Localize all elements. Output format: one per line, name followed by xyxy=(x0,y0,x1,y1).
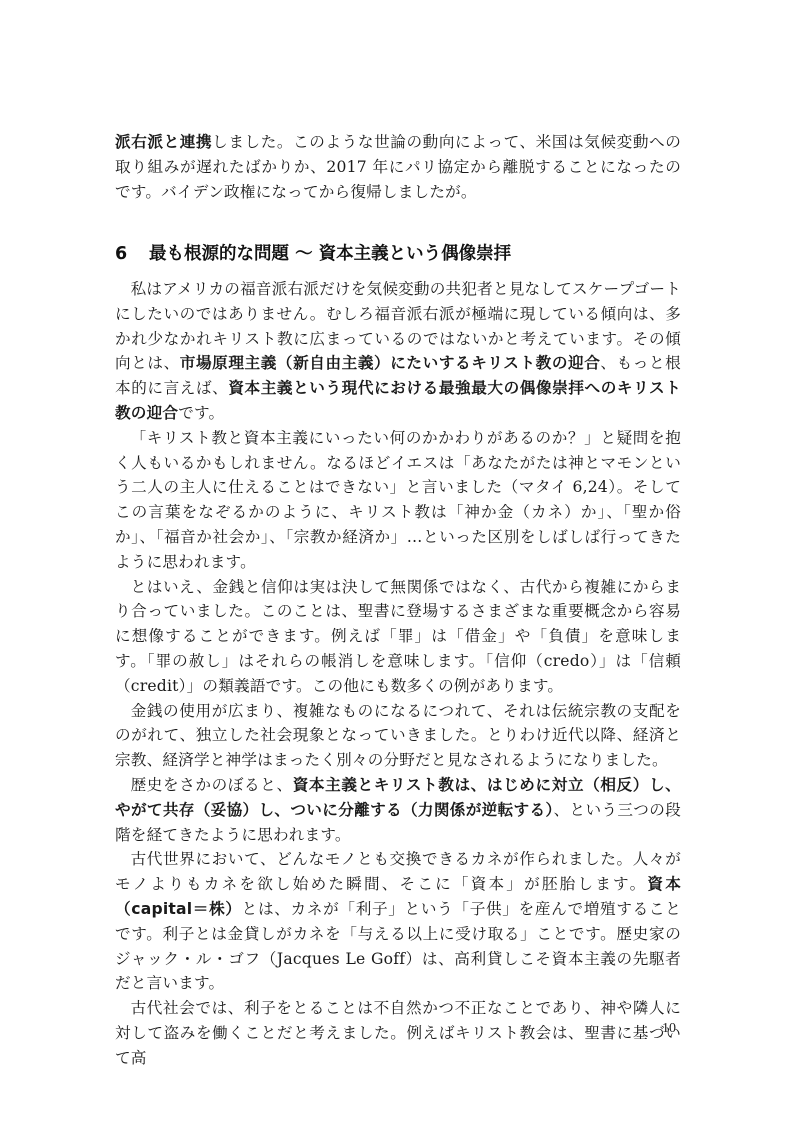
paragraph-text: 古代世界において、どんなモノとも交換できるカネが作られました。人々がモノよりもカ… xyxy=(115,850,681,893)
paragraph-1: 私はアメリカの福音派右派だけを気候変動の共犯者と見なしてスケープゴートにしたいの… xyxy=(115,277,681,426)
paragraph-5: 歴史をさかのぼると、資本主義とキリスト教は、はじめに対立（相反）し、やがて共存（… xyxy=(115,773,681,847)
section-number: 6 xyxy=(115,240,149,268)
paragraph-text: 歴史をさかのぼると、 xyxy=(131,776,293,794)
paragraph-text: です。 xyxy=(178,404,224,422)
bold-phrase: 派右派と連携 xyxy=(115,133,212,151)
section-heading: 6最も根源的な問題 〜 資本主義という偶像崇拝 xyxy=(115,240,681,268)
page-number: 10 xyxy=(662,1021,676,1037)
document-page: 派右派と連携しました。このような世論の動向によって、米国は気候変動への取り組みが… xyxy=(0,0,794,1123)
section-body: 私はアメリカの福音派右派だけを気候変動の共犯者と見なしてスケープゴートにしたいの… xyxy=(115,277,681,1071)
paragraph-7: 古代社会では、利子をとることは不自然かつ不正なことであり、神や隣人に対して盗みを… xyxy=(115,996,681,1070)
bold-phrase: 市場原理主義（新自由主義）にたいするキリスト教の迎合 xyxy=(180,354,601,372)
intro-paragraph: 派右派と連携しました。このような世論の動向によって、米国は気候変動への取り組みが… xyxy=(115,130,681,204)
section-title: 最も根源的な問題 〜 資本主義という偶像崇拝 xyxy=(149,244,511,264)
paragraph-3: とはいえ、金銭と信仰は実は決して無関係ではなく、古代から複雑にからまり合っていま… xyxy=(115,575,681,699)
paragraph-6: 古代世界において、どんなモノとも交換できるカネが作られました。人々がモノよりもカ… xyxy=(115,847,681,996)
paragraph-4: 金銭の使用が広まり、複雑なものになるにつれて、それは伝統宗教の支配をのがれて、独… xyxy=(115,699,681,773)
paragraph-2: 「キリスト教と資本主義にいったい何のかかわりがあるのか？」と疑問を抱く人もいるか… xyxy=(115,426,681,575)
